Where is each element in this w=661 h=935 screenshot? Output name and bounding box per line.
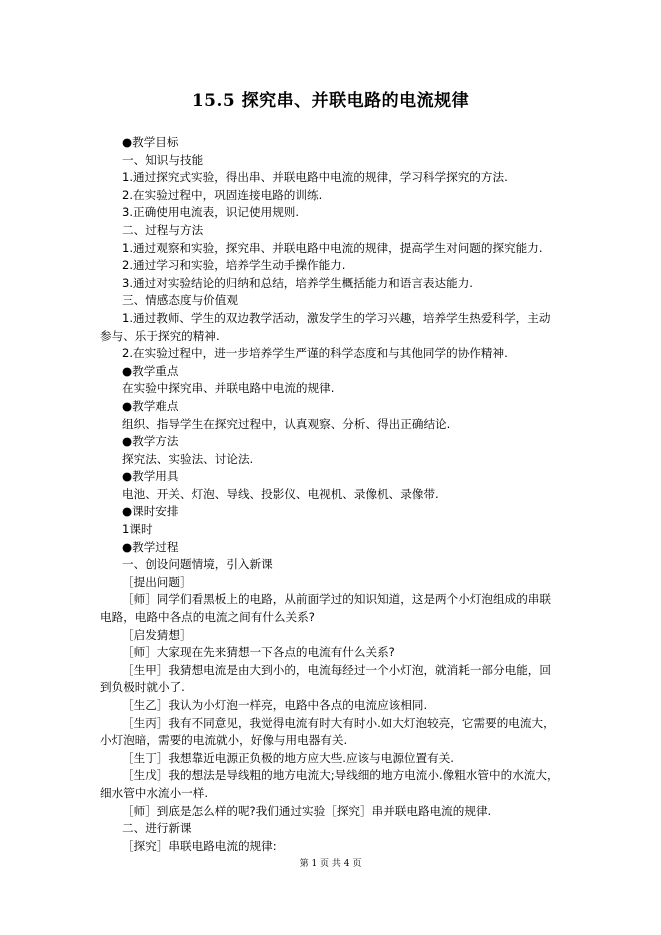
paragraph: 3.正确使用电流表，识记使用规则.: [100, 204, 562, 222]
paragraph: 3.通过对实验结论的归纳和总结，培养学生概括能力和语言表达能力.: [100, 275, 562, 293]
subheading-intro: 一、创设问题情境，引入新课: [100, 556, 562, 574]
paragraph: ［生丙］我有不同意见，我觉得电流有时大有时小.如大灯泡较亮，它需要的电流大，小灯…: [100, 715, 562, 750]
paragraph: ［探究］串联电路电流的规律:: [100, 838, 562, 856]
heading-tools: ●教学用具: [100, 468, 562, 486]
paragraph: 1课时: [100, 521, 562, 539]
paragraph: 2.通过学习和实验，培养学生动手操作能力.: [100, 257, 562, 275]
paragraph: ［生丁］我想靠近电源正负极的地方应大些.应该与电源位置有关.: [100, 750, 562, 768]
document-page: 15.5 探究串、并联电路的电流规律 ●教学目标 一、知识与技能 1.通过探究式…: [0, 0, 661, 935]
heading-methods: ●教学方法: [100, 433, 562, 451]
subheading-knowledge: 一、知识与技能: [100, 152, 562, 170]
heading-process: ●教学过程: [100, 539, 562, 557]
paragraph: ［师］到底是怎么样的呢?我们通过实验［探究］串并联电路电流的规律.: [100, 803, 562, 821]
paragraph: 2.在实验过程中，进一步培养学生严谨的科学态度和与其他同学的协作精神.: [100, 345, 562, 363]
subheading-new-lesson: 二、进行新课: [100, 820, 562, 838]
heading-schedule: ●课时安排: [100, 503, 562, 521]
heading-difficulties: ●教学难点: [100, 398, 562, 416]
paragraph: ［生乙］我认为小灯泡一样亮，电路中各点的电流应该相同.: [100, 697, 562, 715]
paragraph: 在实验中探究串、并联电路中电流的规律.: [100, 380, 562, 398]
paragraph: 1.通过探究式实验，得出串、并联电路中电流的规律，学习科学探究的方法.: [100, 169, 562, 187]
paragraph: ［提出问题］: [100, 574, 562, 592]
heading-objectives: ●教学目标: [100, 134, 562, 152]
paragraph: 电池、开关、灯泡、导线、投影仪、电视机、录像机、录像带.: [100, 486, 562, 504]
paragraph: 2.在实验过程中，巩固连接电路的训练.: [100, 187, 562, 205]
paragraph: 探究法、实验法、讨论法.: [100, 451, 562, 469]
paragraph: 组织、指导学生在探究过程中，认真观察、分析、得出正确结论.: [100, 416, 562, 434]
subheading-process: 二、过程与方法: [100, 222, 562, 240]
paragraph: ［启发猜想］: [100, 627, 562, 645]
paragraph: 1.通过观察和实验，探究串、并联电路中电流的规律，提高学生对问题的探究能力.: [100, 240, 562, 258]
heading-key-points: ●教学重点: [100, 363, 562, 381]
paragraph: 1.通过教师、学生的双边教学活动，激发学生的学习兴趣，培养学生热爱科学，主动参与…: [100, 310, 562, 345]
document-body: ●教学目标 一、知识与技能 1.通过探究式实验，得出串、并联电路中电流的规律，学…: [100, 134, 562, 855]
paragraph: ［生戊］我的想法是导线粗的地方电流大;导线细的地方电流小.像粗水管中的水流大，细…: [100, 767, 562, 802]
paragraph: ［生甲］我猜想电流是由大到小的，电流每经过一个小灯泡，就消耗一部分电能，回到负极…: [100, 662, 562, 697]
subheading-attitude: 三、情感态度与价值观: [100, 292, 562, 310]
document-title: 15.5 探究串、并联电路的电流规律: [0, 86, 661, 111]
paragraph: ［师］同学们看黑板上的电路，从前面学过的知识知道，这是两个小灯泡组成的串联电路，…: [100, 591, 562, 626]
paragraph: ［师］大家现在先来猜想一下各点的电流有什么关系?: [100, 644, 562, 662]
page-footer: 第 1 页 共 4 页: [0, 856, 661, 869]
